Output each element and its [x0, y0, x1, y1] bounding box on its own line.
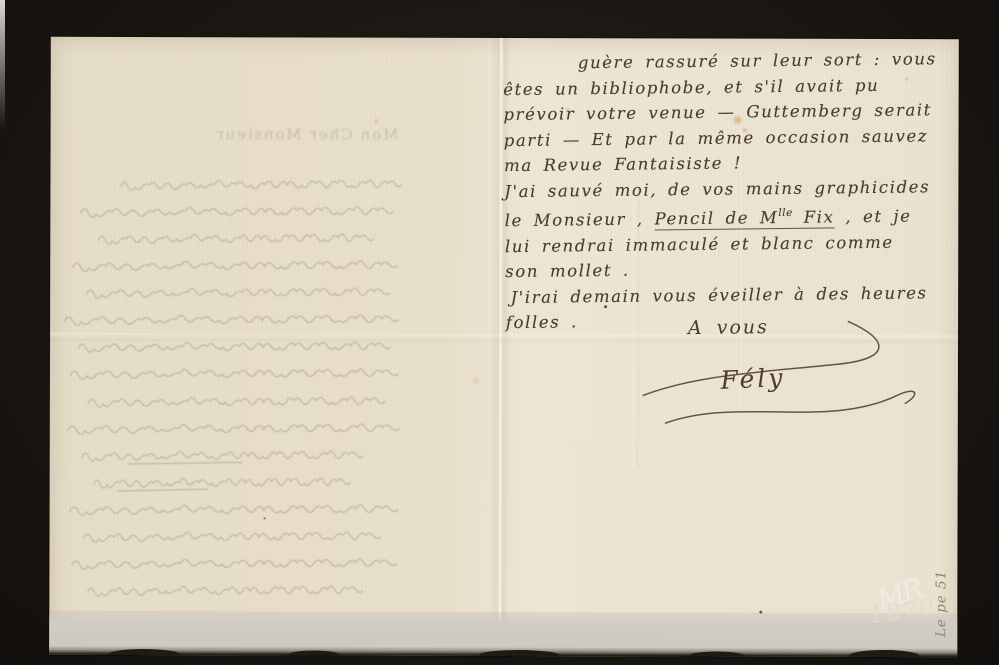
torn-nick: [109, 649, 179, 655]
foxing-spot: [373, 118, 381, 125]
handwriting-block: guère rassuré sur leur sort : vous êtes …: [503, 46, 958, 491]
foxing-spot: [904, 76, 910, 82]
foxing-spot: [732, 115, 744, 126]
underlined-phrase: Pencil de Mlle Fix: [654, 207, 834, 230]
foxing-spot: [565, 107, 572, 113]
handwriting-line: guère rassuré sur leur sort : vous: [578, 46, 953, 76]
photo-edge-sliver: [0, 0, 5, 130]
pencil-line-pre: le Monsieur ,: [505, 209, 655, 230]
handwriting-line: lui rendrai immaculé et blanc comme: [505, 229, 955, 260]
torn-nick: [479, 650, 559, 656]
handwriting-line: J'irai demain vous éveiller à des heures: [510, 280, 955, 311]
torn-nick: [849, 650, 919, 657]
torn-nick: [689, 651, 744, 656]
letter-sheet: Mon Cher Monsieur: [49, 37, 959, 657]
ink-speck: [264, 517, 266, 519]
ink-speck: [604, 305, 607, 308]
ink-speck: [759, 611, 762, 614]
signature: Fély: [720, 363, 786, 395]
photo-stage: Mon Cher Monsieur: [0, 0, 999, 665]
closing-line: A vous: [688, 316, 769, 339]
ghost-handwriting-lines: [57, 132, 508, 653]
superscript-lle: lle: [778, 207, 793, 219]
torn-nick: [289, 650, 339, 655]
handwriting-line-pencil-fix: le Monsieur , Pencil de Mlle Fix , et je: [504, 199, 954, 234]
handwriting-line: parti — Et par la même occasion sauvez: [504, 123, 954, 154]
foxing-spot: [471, 376, 481, 385]
shelfmark-annotation: Le pe 51: [933, 570, 949, 637]
foxing-spot: [741, 127, 749, 134]
pencil-line-post: , et je: [834, 207, 911, 227]
